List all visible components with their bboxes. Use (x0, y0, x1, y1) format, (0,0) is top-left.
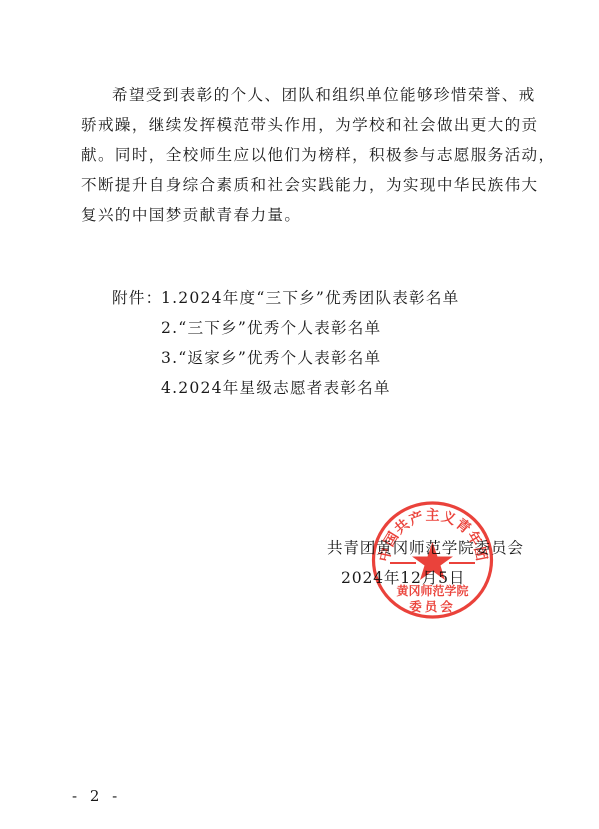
attachment-item: 3.“返家乡”优秀个人表彰名单 (161, 343, 381, 373)
body-line: 希望受到表彰的个人、团队和组织单位能够珍惜荣誉、戒 (81, 80, 541, 110)
official-seal-icon: 中国共产主义青年团 黄冈师范学院 委员会 (370, 500, 495, 620)
body-line: 骄戒躁，继续发挥模范带头作用，为学校和社会做出更大的贡 (81, 110, 541, 140)
seal-bottom-line2: 委员会 (409, 599, 456, 614)
body-line: 献。同时，全校师生应以他们为榜样，积极参与志愿服务活动， (81, 140, 541, 170)
seal-bottom-line1: 黄冈师范学院 (396, 583, 469, 598)
page-number: - 2 - (72, 787, 121, 805)
attachment-item: 4.2024年星级志愿者表彰名单 (161, 373, 391, 403)
body-paragraph: 希望受到表彰的个人、团队和组织单位能够珍惜荣誉、戒 骄戒躁，继续发挥模范带头作用… (81, 80, 541, 230)
attachment-item: 1.2024年度“三下乡”优秀团队表彰名单 (161, 283, 459, 313)
body-line: 复兴的中国梦贡献青春力量。 (81, 200, 541, 230)
document-page: 希望受到表彰的个人、团队和组织单位能够珍惜荣誉、戒 骄戒躁，继续发挥模范带头作用… (0, 0, 599, 829)
body-line: 不断提升自身综合素质和社会实践能力，为实现中华民族伟大 (81, 170, 541, 200)
attachments-label: 附件： (112, 283, 162, 313)
attachment-item: 2.“三下乡”优秀个人表彰名单 (161, 313, 381, 343)
